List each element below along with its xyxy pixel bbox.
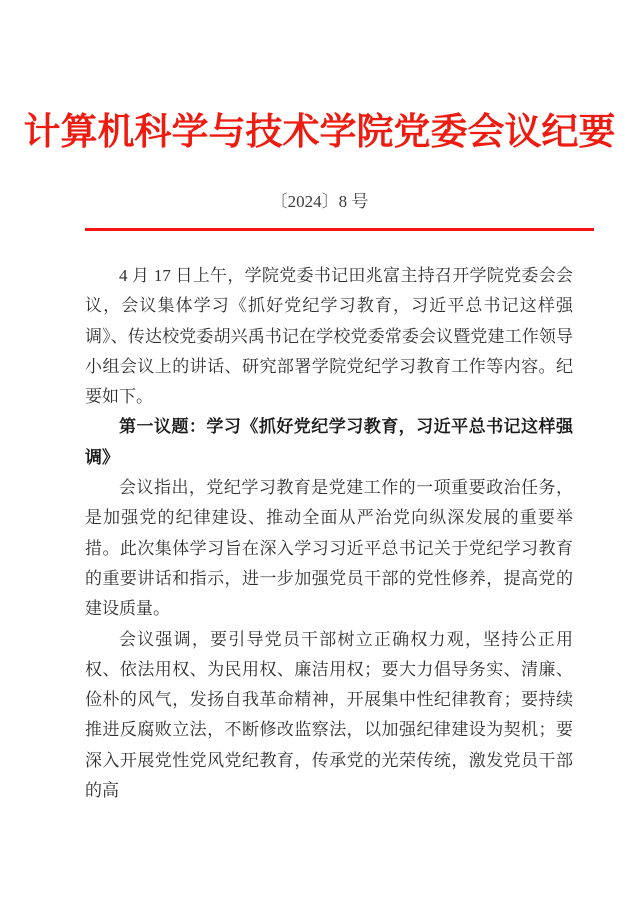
- document-number: 〔2024〕8 号: [0, 191, 639, 212]
- paragraph-meeting-points: 会议指出，党纪学习教育是党建工作的一项重要政治任务，是加强党的纪律建设、推动全面…: [85, 473, 573, 624]
- document-page: 计算机科学与技术学院党委会议纪要 〔2024〕8 号 4 月 17 日上午，学院…: [0, 0, 639, 905]
- document-title: 计算机科学与技术学院党委会议纪要: [0, 111, 639, 155]
- document-body: 4 月 17 日上午，学院党委书记田兆富主持召开学院党委会会议，会议集体学习《抓…: [85, 261, 573, 806]
- section-heading-first-topic: 第一议题：学习《抓好党纪学习教育，习近平总书记这样强调》: [85, 412, 573, 473]
- red-divider-line: [85, 228, 594, 231]
- paragraph-meeting-emphasis: 会议强调，要引导党员干部树立正确权力观，坚持公正用权、依法用权、为民用权、廉洁用…: [85, 625, 573, 807]
- paragraph-intro: 4 月 17 日上午，学院党委书记田兆富主持召开学院党委会会议，会议集体学习《抓…: [85, 261, 573, 412]
